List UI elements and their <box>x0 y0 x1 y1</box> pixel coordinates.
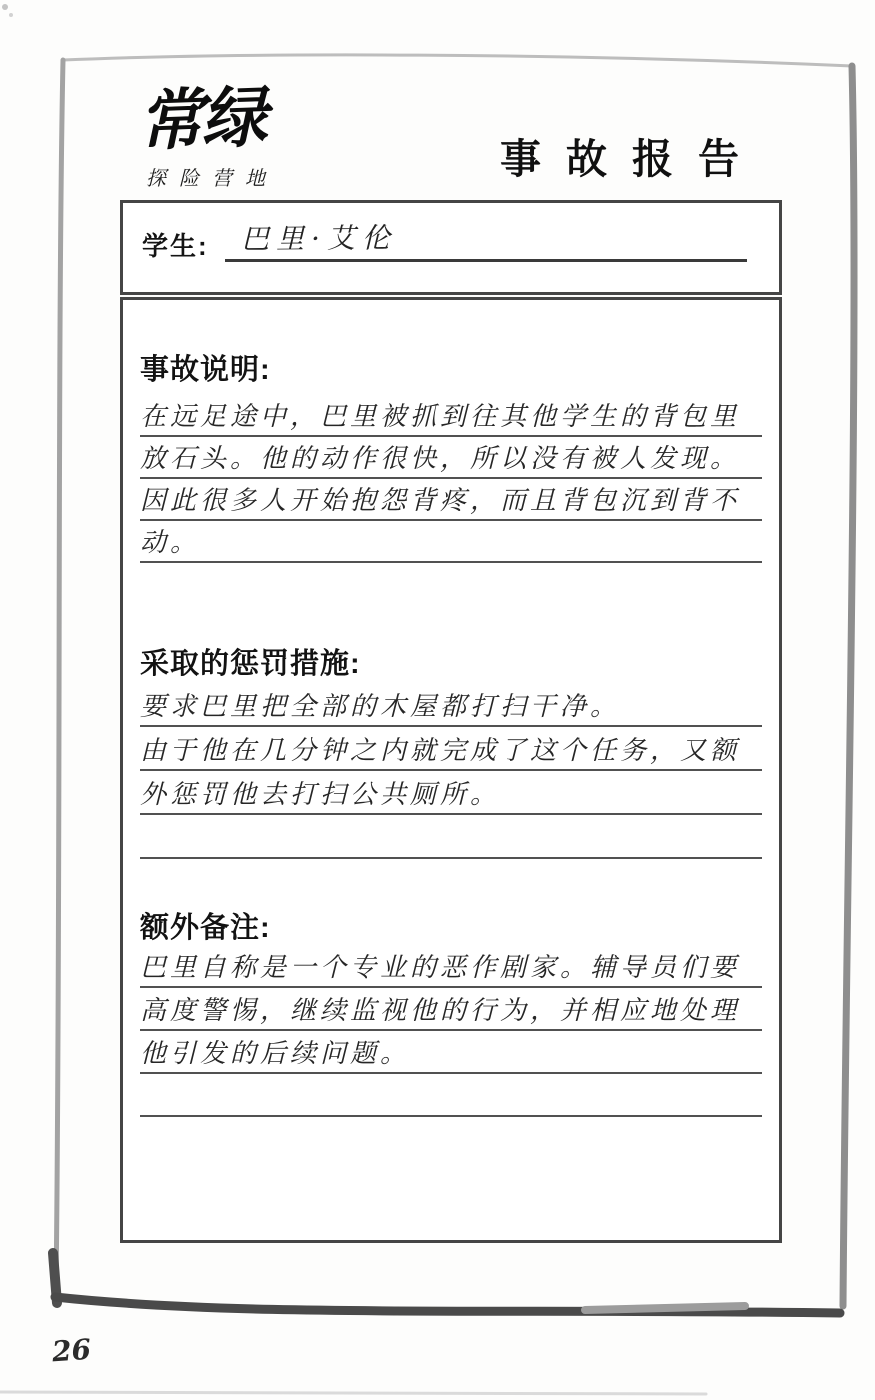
written-line: 高度警惕，继续监视他的行为，并相应地处理 <box>140 988 762 1031</box>
scanned-report-page: 常绿 探险营地 事故报告 学生: 巴里·艾伦 事故说明: 在远足途中，巴里被抓到… <box>0 0 875 1400</box>
written-line: 放石头。他的动作很快，所以没有被人发现。 <box>140 437 762 479</box>
handwriting-lines: 在远足途中，巴里被抓到往其他学生的背包里 放石头。他的动作很快，所以没有被人发现… <box>140 395 762 563</box>
written-line <box>140 815 762 859</box>
written-line: 他引发的后续问题。 <box>140 1031 762 1074</box>
written-line: 在远足途中，巴里被抓到往其他学生的背包里 <box>140 395 762 437</box>
written-line: 动。 <box>140 521 762 563</box>
camp-logo-subtitle: 探险营地 <box>146 162 278 191</box>
page-title: 事故报告 <box>500 126 764 185</box>
page-number: 26 <box>51 1333 92 1369</box>
handwritten-text: 巴里自称是一个专业的恶作剧家。辅导员们要 <box>140 947 740 986</box>
section-punishment: 采取的惩罚措施: 要求巴里把全部的木屋都打扫干净。 由于他在几分钟之内就完成了这… <box>140 646 762 682</box>
written-line: 外惩罚他去打扫公共厕所。 <box>140 771 762 815</box>
student-field-label: 学生: <box>142 226 209 263</box>
handwriting-lines: 巴里自称是一个专业的恶作剧家。辅导员们要 高度警惕，继续监视他的行为，并相应地处… <box>140 945 762 1117</box>
handwritten-text: 要求巴里把全部的木屋都打扫干净。 <box>140 686 620 725</box>
student-field-box: 学生: 巴里·艾伦 <box>120 200 782 295</box>
handwritten-text: 在远足途中，巴里被抓到往其他学生的背包里 <box>140 396 740 435</box>
written-line: 由于他在几分钟之内就完成了这个任务，又额 <box>140 727 762 771</box>
written-line: 要求巴里把全部的木屋都打扫干净。 <box>140 683 762 727</box>
handwritten-text: 放石头。他的动作很快，所以没有被人发现。 <box>140 438 740 477</box>
section-heading: 额外备注: <box>140 910 762 946</box>
section-heading: 采取的惩罚措施: <box>140 646 762 682</box>
section-incident-description: 事故说明: 在远足途中，巴里被抓到往其他学生的背包里 放石头。他的动作很快，所以… <box>140 352 762 388</box>
handwritten-text: 外惩罚他去打扫公共厕所。 <box>140 774 500 813</box>
handwritten-text: 因此很多人开始抱怨背疼，而且背包沉到背不 <box>140 480 740 519</box>
handwritten-text: 高度警惕，继续监视他的行为，并相应地处理 <box>140 990 740 1029</box>
student-name-underline <box>225 259 747 262</box>
section-additional-notes: 额外备注: 巴里自称是一个专业的恶作剧家。辅导员们要 高度警惕，继续监视他的行为… <box>140 910 762 946</box>
written-line: 因此很多人开始抱怨背疼，而且背包沉到背不 <box>140 479 762 521</box>
camp-logo-calligraphy: 常绿 <box>137 84 265 154</box>
handwriting-lines: 要求巴里把全部的木屋都打扫干净。 由于他在几分钟之内就完成了这个任务，又额 外惩… <box>140 683 762 859</box>
section-heading: 事故说明: <box>140 352 762 388</box>
handwritten-text: 他引发的后续问题。 <box>140 1033 410 1072</box>
student-name-handwritten: 巴里·艾伦 <box>241 216 397 257</box>
handwritten-text: 动。 <box>140 522 200 561</box>
written-line: 巴里自称是一个专业的恶作剧家。辅导员们要 <box>140 945 762 988</box>
handwritten-text: 由于他在几分钟之内就完成了这个任务，又额 <box>140 730 740 769</box>
written-line <box>140 1074 762 1117</box>
